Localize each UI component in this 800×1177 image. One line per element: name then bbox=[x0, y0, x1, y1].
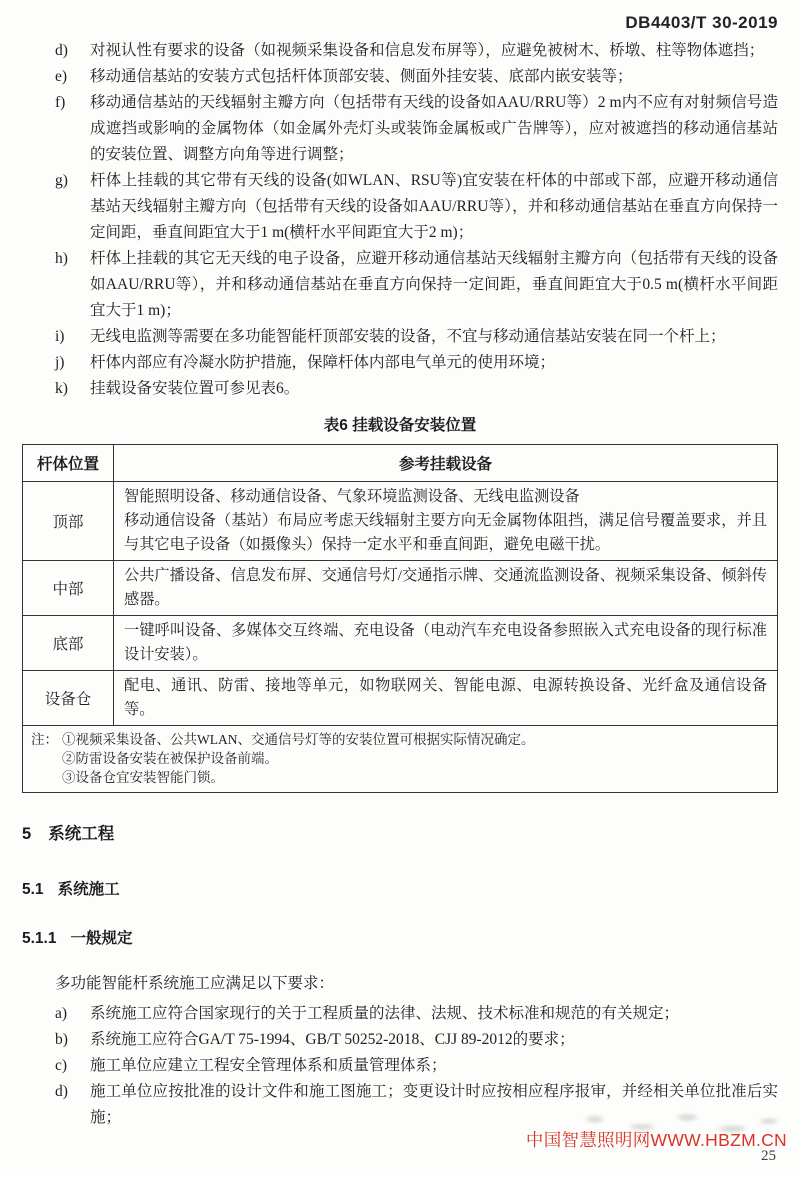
table-header-row: 杆体位置 参考挂载设备 bbox=[23, 445, 778, 482]
clause-label: a) bbox=[55, 1001, 90, 1027]
clause-text: 杆体内部应有冷凝水防护措施，保障杆体内部电气单元的使用环境； bbox=[90, 350, 778, 376]
clause-text: 对视认性有要求的设备（如视频采集设备和信息发布屏等），应避免被树木、桥墩、柱等物… bbox=[90, 38, 778, 64]
table-row: 中部 公共广播设备、信息发布屏、交通信号灯/交通指示牌、交通流监测设备、视频采集… bbox=[23, 561, 778, 616]
table-row: 顶部 智能照明设备、移动通信设备、气象环境监测设备、无线电监测设备 移动通信设备… bbox=[23, 482, 778, 561]
document-code: DB4403/T 30-2019 bbox=[625, 13, 778, 33]
clause-text: 无线电监测等需要在多功能智能杆顶部安装的设备，不宜与移动通信基站安装在同一个杆上… bbox=[90, 324, 778, 350]
clause-label: d) bbox=[55, 38, 90, 64]
clause-item: a) 系统施工应符合国家现行的关于工程质量的法律、法规、技术标准和规范的有关规定… bbox=[55, 1001, 778, 1027]
clause-item: e) 移动通信基站的安装方式包括杆体顶部安装、侧面外挂安装、底部内嵌安装等； bbox=[55, 64, 778, 90]
cell-reference-devices: 配电、通讯、防雷、接地等单元，如物联网关、智能电源、电源转换设备、光纤盒及通信设… bbox=[114, 671, 778, 726]
clause-label: f) bbox=[55, 90, 90, 168]
table-caption: 表6 挂载设备安装位置 bbox=[0, 413, 800, 435]
table-body: 顶部 智能照明设备、移动通信设备、气象环境监测设备、无线电监测设备 移动通信设备… bbox=[23, 482, 778, 726]
note-line: ③设备仓宜安装智能门锁。 bbox=[62, 768, 769, 787]
clause-label: e) bbox=[55, 64, 90, 90]
table-row: 设备仓 配电、通讯、防雷、接地等单元，如物联网关、智能电源、电源转换设备、光纤盒… bbox=[23, 671, 778, 726]
clause-list-top: d) 对视认性有要求的设备（如视频采集设备和信息发布屏等），应避免被树木、桥墩、… bbox=[55, 38, 778, 402]
clause-text: 移动通信基站的天线辐射主瓣方向（包括带有天线的设备如AAU/RRU等）2 m内不… bbox=[90, 90, 778, 168]
column-header-devices: 参考挂载设备 bbox=[114, 445, 778, 482]
clause-label: b) bbox=[55, 1027, 90, 1053]
page-content: d) 对视认性有要求的设备（如视频采集设备和信息发布屏等），应避免被树木、桥墩、… bbox=[0, 38, 800, 1131]
cell-reference-devices: 一键呼叫设备、多媒体交互终端、充电设备（电动汽车充电设备参照嵌入式充电设备的现行… bbox=[114, 616, 778, 671]
clause-label: c) bbox=[55, 1053, 90, 1079]
clause-text: 杆体上挂载的其它无天线的电子设备，应避开移动通信基站天线辐射主瓣方向（包括带有天… bbox=[90, 246, 778, 324]
clause-text: 系统施工应符合国家现行的关于工程质量的法律、法规、技术标准和规范的有关规定； bbox=[90, 1001, 778, 1027]
clause-item: f) 移动通信基站的天线辐射主瓣方向（包括带有天线的设备如AAU/RRU等）2 … bbox=[55, 90, 778, 168]
cell-reference-devices: 公共广播设备、信息发布屏、交通信号灯/交通指示牌、交通流监测设备、视频采集设备、… bbox=[114, 561, 778, 616]
clause-label: h) bbox=[55, 246, 90, 324]
clause-item: d) 对视认性有要求的设备（如视频采集设备和信息发布屏等），应避免被树木、桥墩、… bbox=[55, 38, 778, 64]
cell-pole-position: 设备仓 bbox=[23, 671, 114, 726]
clause-label: i) bbox=[55, 324, 90, 350]
clause-text: 系统施工应符合GA/T 75-1994、GB/T 50252-2018、CJJ … bbox=[90, 1027, 778, 1053]
note-label: 注： bbox=[31, 730, 58, 787]
section-number: 5.1 bbox=[22, 881, 44, 898]
column-header-position: 杆体位置 bbox=[23, 445, 114, 482]
note-line: ①视频采集设备、公共WLAN、交通信号灯等的安装位置可根据实际情况确定。 bbox=[62, 730, 769, 749]
section-title: 系统工程 bbox=[48, 825, 114, 843]
table-note-cell: 注： ①视频采集设备、公共WLAN、交通信号灯等的安装位置可根据实际情况确定。 … bbox=[23, 726, 778, 793]
document-page: DB4403/T 30-2019 d) 对视认性有要求的设备（如视频采集设备和信… bbox=[0, 0, 800, 1177]
clause-item: i) 无线电监测等需要在多功能智能杆顶部安装的设备，不宜与移动通信基站安装在同一… bbox=[55, 324, 778, 350]
clause-item: c) 施工单位应建立工程安全管理体系和质量管理体系； bbox=[55, 1053, 778, 1079]
clause-text: 挂载设备安装位置可参见表6。 bbox=[90, 376, 778, 402]
table-row: 底部 一键呼叫设备、多媒体交互终端、充电设备（电动汽车充电设备参照嵌入式充电设备… bbox=[23, 616, 778, 671]
table-note-row: 注： ①视频采集设备、公共WLAN、交通信号灯等的安装位置可根据实际情况确定。 … bbox=[23, 726, 778, 793]
section-intro-text: 多功能智能杆系统施工应满足以下要求： bbox=[55, 971, 778, 997]
clause-item: h) 杆体上挂载的其它无天线的电子设备，应避开移动通信基站天线辐射主瓣方向（包括… bbox=[55, 246, 778, 324]
clause-label: k) bbox=[55, 376, 90, 402]
clause-text: 移动通信基站的安装方式包括杆体顶部安装、侧面外挂安装、底部内嵌安装等； bbox=[90, 64, 778, 90]
section-heading-5: 5系统工程 bbox=[22, 820, 800, 844]
section-number: 5.1.1 bbox=[22, 930, 56, 947]
clause-label: g) bbox=[55, 168, 90, 246]
cell-reference-devices: 智能照明设备、移动通信设备、气象环境监测设备、无线电监测设备 移动通信设备（基站… bbox=[114, 482, 778, 561]
clause-item: j) 杆体内部应有冷凝水防护措施，保障杆体内部电气单元的使用环境； bbox=[55, 350, 778, 376]
cell-pole-position: 顶部 bbox=[23, 482, 114, 561]
note-lines: ①视频采集设备、公共WLAN、交通信号灯等的安装位置可根据实际情况确定。 ②防雷… bbox=[62, 730, 769, 787]
section-title: 系统施工 bbox=[58, 881, 120, 898]
clause-label: j) bbox=[55, 350, 90, 376]
clause-item: b) 系统施工应符合GA/T 75-1994、GB/T 50252-2018、C… bbox=[55, 1027, 778, 1053]
clause-label: d) bbox=[55, 1079, 90, 1131]
cell-pole-position: 中部 bbox=[23, 561, 114, 616]
section-heading-5-1-1: 5.1.1一般规定 bbox=[22, 926, 800, 948]
clause-item: g) 杆体上挂载的其它带有天线的设备(如WLAN、RSU等)宜安装在杆体的中部或… bbox=[55, 168, 778, 246]
section-heading-5-1: 5.1系统施工 bbox=[22, 877, 800, 899]
clause-text: 施工单位应建立工程安全管理体系和质量管理体系； bbox=[90, 1053, 778, 1079]
watermark: 中国智慧照明网WWW.HBZM.CN bbox=[526, 1127, 787, 1152]
cell-pole-position: 底部 bbox=[23, 616, 114, 671]
note-line: ②防雷设备安装在被保护设备前端。 bbox=[62, 749, 769, 768]
section-title: 一般规定 bbox=[70, 930, 132, 947]
clause-text: 杆体上挂载的其它带有天线的设备(如WLAN、RSU等)宜安装在杆体的中部或下部，… bbox=[90, 168, 778, 246]
page-number: 25 bbox=[761, 1148, 776, 1165]
table-mounting-positions: 杆体位置 参考挂载设备 顶部 智能照明设备、移动通信设备、气象环境监测设备、无线… bbox=[22, 444, 778, 793]
section-number: 5 bbox=[22, 825, 31, 843]
table-note: 注： ①视频采集设备、公共WLAN、交通信号灯等的安装位置可根据实际情况确定。 … bbox=[31, 730, 769, 787]
clause-item: k) 挂载设备安装位置可参见表6。 bbox=[55, 376, 778, 402]
